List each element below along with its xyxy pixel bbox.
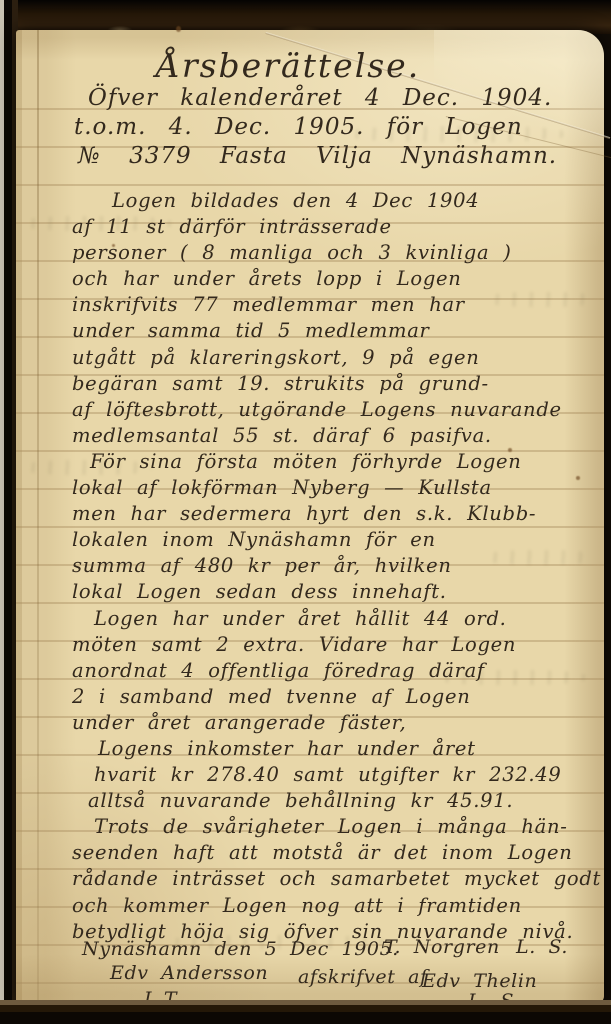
manuscript-line: under året arangerade fäster, [72, 710, 577, 736]
signature-andersson: Edv Andersson [110, 962, 268, 984]
manuscript-line: personer ( 8 manliga och 3 kvinliga ) [72, 240, 577, 266]
signature-norgren: T. Norgren [384, 936, 500, 958]
signature-thelin: Edv Thelin [422, 970, 537, 992]
manuscript-line: medlemsantal 55 st. däraf 6 pasifva. [72, 423, 577, 449]
manuscript-line: begäran samt 19. strukits på grund- [72, 371, 577, 397]
manuscript-line: och kommer Logen nog att i framtiden [72, 893, 577, 919]
manuscript-page: Årsberättelse. Öfver kalenderåret 4 Dec.… [16, 30, 604, 1004]
manuscript-line: seenden haft att motstå är det inom Loge… [72, 840, 577, 866]
manuscript-line: Trots de svårigheter Logen i många hän- [72, 814, 577, 840]
manuscript-line: 2 i samband med tvenne af Logen [72, 684, 577, 710]
manuscript-line: anordnat 4 offentliga föredrag däraf [72, 658, 577, 684]
scanned-notebook-page: Årsberättelse. Öfver kalenderåret 4 Dec.… [0, 0, 611, 1024]
signature-norgren-title: L. S. [516, 936, 568, 958]
foxing-spot [176, 26, 181, 32]
manuscript-line: Logen har under året hållit 44 ord. [72, 606, 577, 632]
manuscript-line: För sina första möten förhyrde Logen [72, 449, 577, 475]
document-title: Årsberättelse. [156, 46, 420, 85]
manuscript-line: möten samt 2 extra. Vidare har Logen [72, 632, 577, 658]
manuscript-line: under samma tid 5 medlemmar [72, 318, 577, 344]
manuscript-line: alltså nuvarande behållning kr 45.91. [72, 788, 577, 814]
document-header: Öfver kalenderåret 4 Dec. 1904. t.o.m. 4… [74, 84, 557, 171]
place-and-date: Nynäshamn den 5 Dec 1905. [82, 938, 399, 960]
manuscript-line: rådande inträsset och samarbetet mycket … [72, 866, 577, 892]
manuscript-line: af löftesbrott, utgörande Logens nuvaran… [72, 397, 577, 423]
header-line: t.o.m. 4. Dec. 1905. för Logen [74, 113, 557, 142]
manuscript-line: inskrifvits 77 medlemmar men har [72, 292, 577, 318]
manuscript-line: af 11 st därför inträsserade [72, 214, 577, 240]
manuscript-line: lokal af lokförman Nyberg — Kullsta [72, 475, 577, 501]
header-line: Öfver kalenderåret 4 Dec. 1904. [74, 84, 557, 113]
manuscript-line: lokal Logen sedan dess innehaft. [72, 579, 577, 605]
manuscript-line: utgått på klareringskort, 9 på egen [72, 345, 577, 371]
manuscript-line: Logen bildades den 4 Dec 1904 [72, 188, 577, 214]
book-pages-edge-top [0, 0, 611, 34]
manuscript-line: Logens inkomster har under året [72, 736, 577, 762]
book-cover-edge-bottom [0, 1000, 611, 1024]
manuscript-line: hvarit kr 278.40 samt utgifter kr 232.49 [72, 762, 577, 788]
copied-by-label: afskrifvet af [298, 966, 428, 988]
manuscript-line: summa af 480 kr per år, hvilken [72, 553, 577, 579]
header-line: № 3379 Fasta Vilja Nynäshamn. [74, 142, 557, 171]
manuscript-line: lokalen inom Nynäshamn för en [72, 527, 577, 553]
report-body: Logen bildades den 4 Dec 1904 af 11 st d… [72, 188, 577, 945]
manuscript-line: men har sedermera hyrt den s.k. Klubb- [72, 501, 577, 527]
manuscript-line: och har under årets lopp i Logen [72, 266, 577, 292]
gutter-crease [37, 30, 39, 1004]
